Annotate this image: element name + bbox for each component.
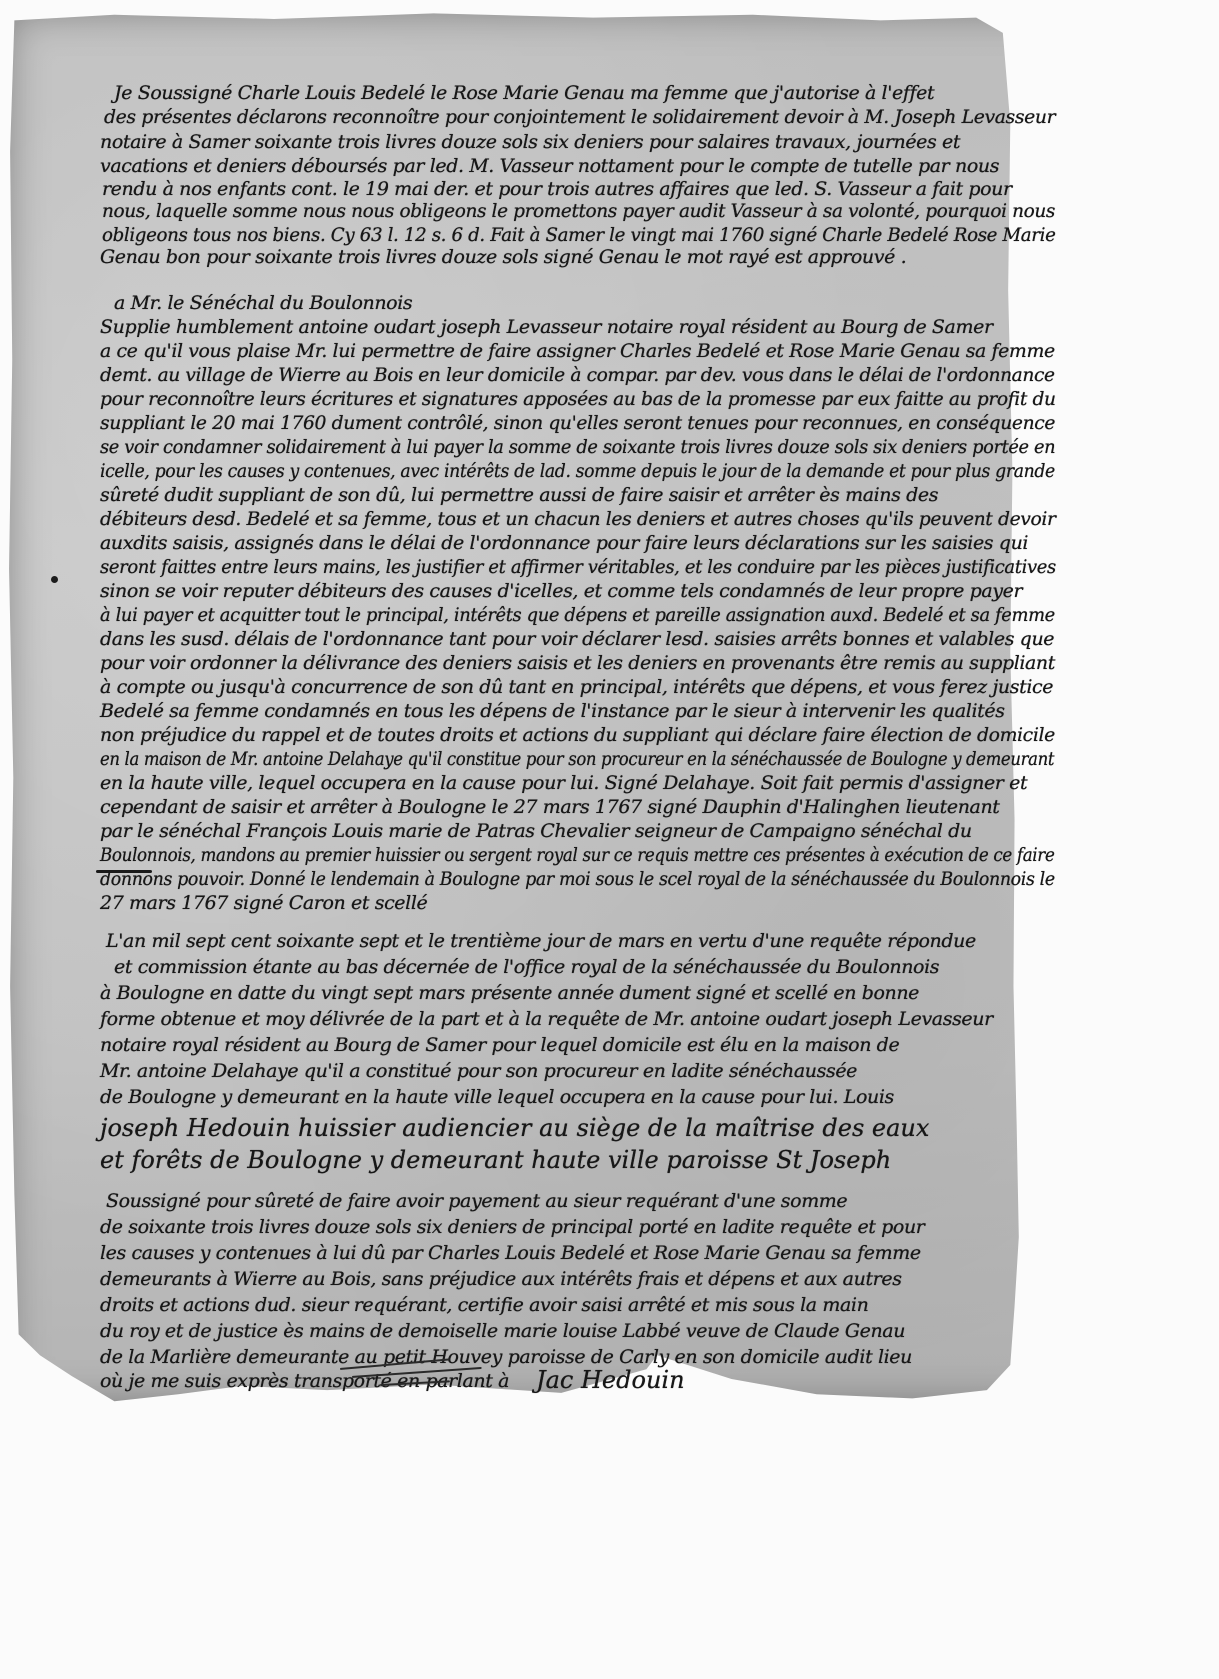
signature: Jac Hedouin (536, 1366, 685, 1394)
text-line: et commission étante au bas décernée de … (114, 956, 939, 978)
text-line: dans les susd. délais de l'ordonnance ta… (100, 628, 1054, 650)
text-line: auxdits saisis, assignés dans le délai d… (100, 532, 1028, 554)
text-line: pour reconnoître leurs écritures et sign… (100, 388, 1056, 410)
text-line: à compte ou jusqu'à concurrence de son d… (100, 676, 1053, 698)
text-line: obligeons tous nos biens. Cy 63 l. 12 s.… (102, 224, 1055, 246)
text-line: sûreté dudit suppliant de son dû, lui pe… (100, 484, 938, 506)
text-line: par le sénéchal François Louis marie de … (100, 820, 972, 842)
text-line: suppliant le 20 mai 1760 dument contrôlé… (100, 412, 1055, 434)
text-line: rendu à nos enfants cont. le 19 mai der.… (102, 178, 1012, 200)
text-line: Genau bon pour soixante trois livres dou… (100, 246, 906, 268)
text-line: Boulonnois, mandons au premier huissier … (100, 844, 1054, 866)
text-line: et forêts de Boulogne y demeurant haute … (100, 1146, 891, 1174)
text-line: nous, laquelle somme nous nous obligeons… (102, 200, 1055, 222)
text-line: de la Marlière demeurante au petit Houve… (100, 1346, 912, 1368)
text-line: du roy et de justice ès mains de demoise… (100, 1320, 905, 1342)
text-line: vacations et deniers déboursés par led. … (100, 155, 999, 177)
section-divider-rule (96, 870, 152, 873)
text-line: de Boulogne y demeurant en la haute vill… (100, 1086, 894, 1108)
text-line: forme obtenue et moy délivrée de la part… (100, 1008, 993, 1030)
text-line: donnons pouvoir. Donné le lendemain à Bo… (100, 868, 1055, 890)
text-line: joseph Hedouin huissier audiencier au si… (100, 1114, 929, 1142)
text-line: a Mr. le Sénéchal du Boulonnois (114, 292, 412, 314)
text-line: non préjudice du rappel et de toutes dro… (100, 724, 1055, 746)
text-line: à lui payer et acquitter tout le princip… (100, 604, 1055, 626)
text-line: demeurants à Wierre au Bois, sans préjud… (100, 1268, 902, 1290)
text-line: notaire à Samer soixante trois livres do… (100, 131, 960, 153)
text-line: Soussigné pour sûreté de faire avoir pay… (106, 1190, 847, 1212)
text-line: de soixante trois livres douze sols six … (100, 1216, 925, 1238)
text-line: en la haute ville, lequel occupera en la… (100, 772, 1027, 794)
text-line: débiteurs desd. Bedelé et sa femme, tous… (100, 508, 1056, 530)
text-line: Bedelé sa femme condamnés en tous les dé… (100, 700, 1005, 722)
text-line: droits et actions dud. sieur requérant, … (100, 1294, 868, 1316)
text-line: les causes y contenues à lui dû par Char… (100, 1242, 921, 1264)
ink-spot (51, 576, 58, 583)
text-line: se voir condamner solidairement à lui pa… (100, 436, 1055, 458)
text-line: des présentes déclarons reconnoître pour… (104, 106, 1055, 128)
text-line: Mr. antoine Delahaye qu'il a constitué p… (100, 1060, 857, 1082)
text-line: à Boulogne en datte du vingt sept mars p… (100, 982, 919, 1004)
text-line: Je Soussigné Charle Louis Bedelé le Rose… (114, 82, 934, 104)
text-line: a ce qu'il vous plaise Mr. lui permettre… (100, 340, 1055, 362)
text-line: sinon se voir reputer débiteurs des caus… (100, 580, 1022, 602)
text-line: seront faittes entre leurs mains, les ju… (100, 556, 1056, 578)
text-line: 27 mars 1767 signé Caron et scellé (100, 892, 427, 914)
text-line: pour voir ordonner la délivrance des den… (100, 652, 1055, 674)
text-line: notaire royal résident au Bourg de Samer… (100, 1034, 899, 1056)
text-line: icelle, pour les causes y contenues, ave… (100, 460, 1055, 482)
text-line: demt. au village de Wierre au Bois en le… (100, 364, 1055, 386)
text-line: Supplie humblement antoine oudart joseph… (100, 316, 993, 338)
text-line: cependant de saisir et arrêter à Boulogn… (100, 796, 1000, 818)
text-line: L'an mil sept cent soixante sept et le t… (106, 930, 976, 952)
text-line: en la maison de Mr. antoine Delahaye qu'… (100, 748, 1054, 770)
